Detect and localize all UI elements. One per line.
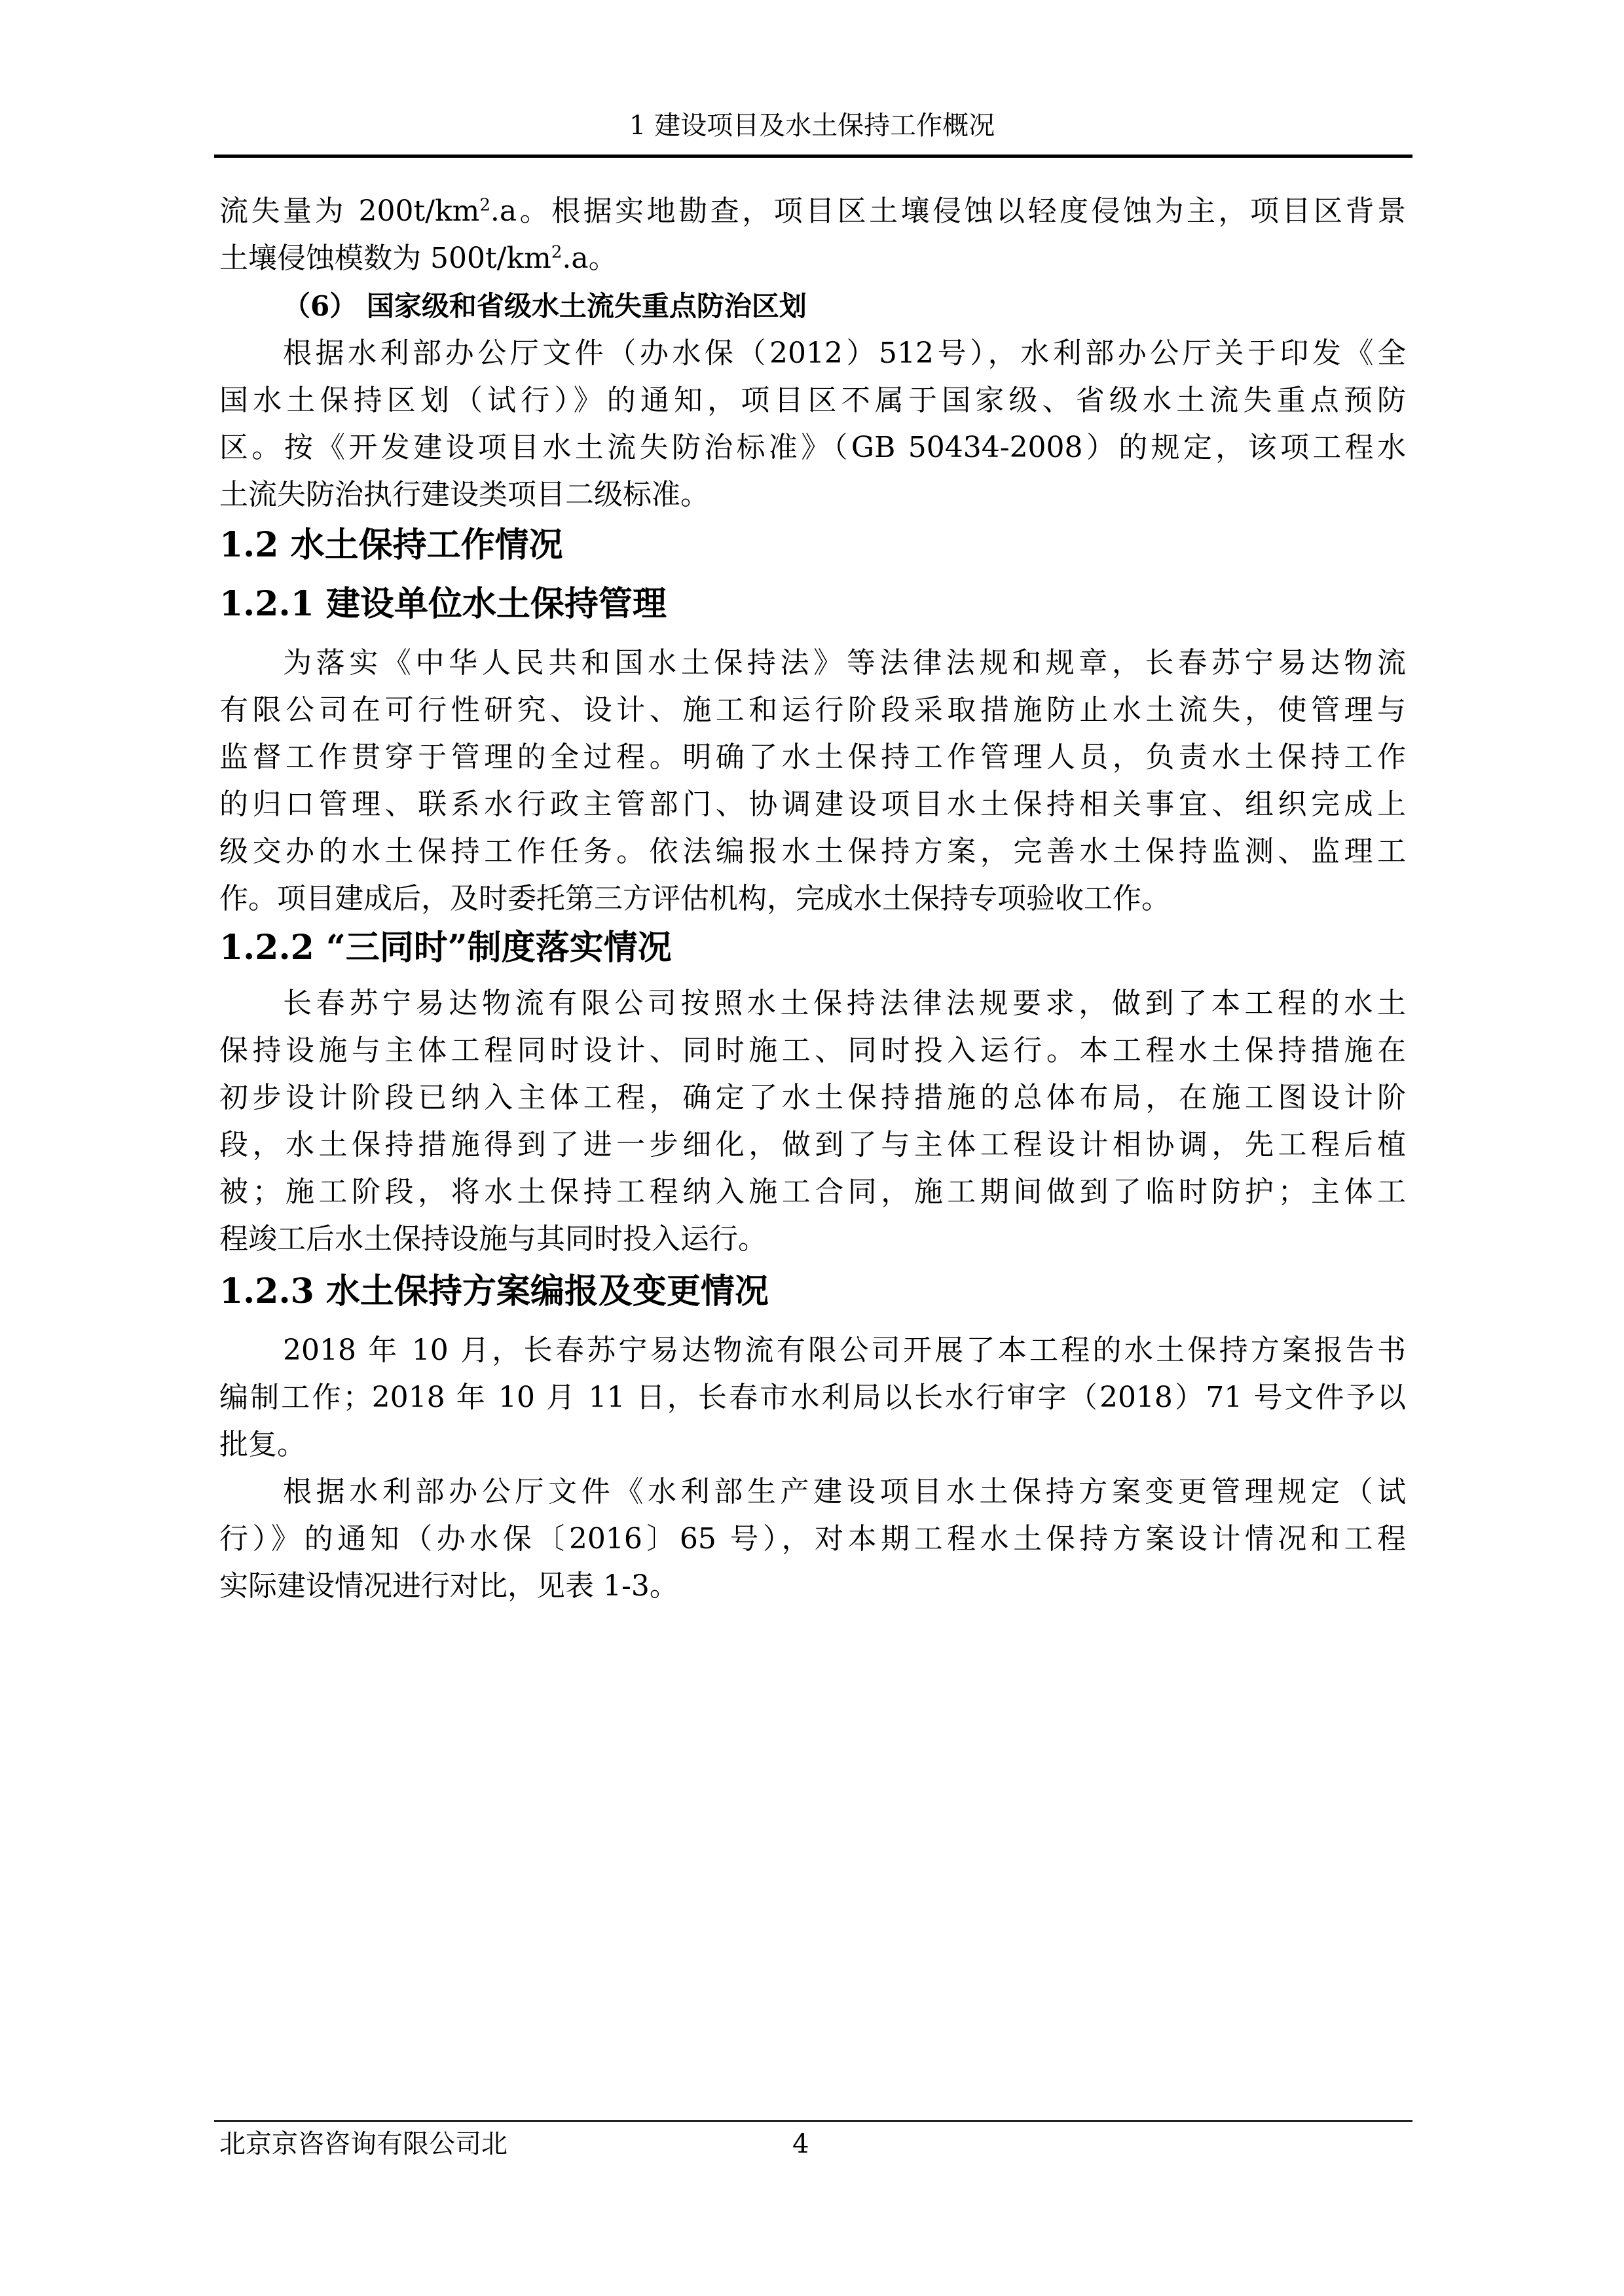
paragraph-line: 监督工作贯穿于管理的全过程。明确了水土保持工作管理人员，负责水土保持工作 xyxy=(219,739,1406,776)
paragraph-line: 段，水土保持措施得到了进一步细化，做到了与主体工程设计相协调，先工程后植 xyxy=(219,1127,1406,1163)
footer-company: 北京京咨咨询有限公司北 xyxy=(219,2128,507,2160)
footer-rule xyxy=(214,2120,1412,2122)
paragraph-line: 的归口管理、联系水行政主管部门、协调建设项目水土保持相关事宜、组织完成上 xyxy=(219,786,1406,823)
paragraph-line: 流失量为 200t/km2.a。根据实地勘查，项目区土壤侵蚀以轻度侵蚀为主，项目… xyxy=(219,193,1406,230)
paragraph-line: 初步设计阶段已纳入主体工程，确定了水土保持措施的总体布局，在施工图设计阶 xyxy=(219,1080,1406,1116)
paragraph-line: 级交办的水土保持工作任务。依法编报水土保持方案，完善水土保持监测、监理工 xyxy=(219,833,1406,870)
superscript: 2 xyxy=(551,242,563,262)
paragraph-line: 土流失防治执行建设类项目二级标准。 xyxy=(219,477,709,513)
paragraph-line: 有限公司在可行性研究、设计、施工和运行阶段采取措施防止水土流失，使管理与 xyxy=(219,692,1406,729)
paragraph-line: 保持设施与主体工程同时设计、同时施工、同时投入运行。本工程水土保持措施在 xyxy=(219,1032,1406,1069)
paragraph-line: 被；施工阶段，将水土保持工程纳入施工合同，施工期间做到了临时防护；主体工 xyxy=(219,1174,1406,1211)
paragraph-line: 行）》的通知（办水保〔2016〕65 号），对本期工程水土保持方案设计情况和工程 xyxy=(219,1521,1406,1558)
paragraph-line: 批复。 xyxy=(219,1427,306,1463)
paragraph-line: 编制工作；2018 年 10 月 11 日，长春市水利局以长水行审字（2018）… xyxy=(219,1379,1406,1416)
page-number: 4 xyxy=(792,2128,809,2160)
paragraph-line: 长春苏宁易达物流有限公司按照水土保持法律法规要求，做到了本工程的水土 xyxy=(283,985,1406,1022)
text-segment: .a。根据实地勘查，项目区土壤侵蚀以轻度侵蚀为主，项目区背景 xyxy=(490,194,1406,228)
text-segment: 流失量为 200t/km xyxy=(219,194,479,228)
paragraph-line: 实际建设情况进行对比，见表 1-3。 xyxy=(219,1568,678,1605)
paragraph-line: 作。项目建成后，及时委托第三方评估机构，完成水土保持专项验收工作。 xyxy=(219,881,1170,917)
paragraph-line: 为落实《中华人民共和国水土保持法》等法律法规和规章，长春苏宁易达物流 xyxy=(283,645,1406,682)
section-heading-1-2: 1.2 水土保持工作情况 xyxy=(219,527,563,564)
section-heading-1-2-3: 1.2.3 水土保持方案编报及变更情况 xyxy=(219,1273,769,1310)
text-segment: .a。 xyxy=(562,242,617,275)
subheading-6: （6） 国家级和省级水土流失重点防治区划 xyxy=(283,288,807,325)
paragraph-line: 土壤侵蚀模数为 500t/km2.a。 xyxy=(219,240,618,277)
paragraph-line: 根据水利部办公厅文件《水利部生产建设项目水土保持方案变更管理规定（试 xyxy=(283,1474,1406,1510)
section-heading-1-2-1: 1.2.1 建设单位水土保持管理 xyxy=(219,586,667,623)
page-header-title: 1 建设项目及水土保持工作概况 xyxy=(0,110,1624,141)
header-rule xyxy=(214,155,1412,158)
paragraph-line: 2018 年 10 月，长春苏宁易达物流有限公司开展了本工程的水土保持方案报告书 xyxy=(283,1332,1406,1369)
text-segment: 土壤侵蚀模数为 500t/km xyxy=(219,242,551,275)
superscript: 2 xyxy=(479,195,490,215)
paragraph-line: 国水土保持区划（试行）》的通知，项目区不属于国家级、省级水土流失重点预防 xyxy=(219,382,1406,419)
section-heading-1-2-2: 1.2.2 “三同时”制度落实情况 xyxy=(219,930,672,966)
paragraph-line: 程竣工后水土保持设施与其同时投入运行。 xyxy=(219,1221,767,1258)
paragraph-line: 区。按《开发建设项目水土流失防治标准》（GB 50434-2008）的规定，该项… xyxy=(219,429,1406,466)
paragraph-line: 根据水利部办公厅文件（办水保（2012）512号），水利部办公厅关于印发《全 xyxy=(283,335,1406,372)
